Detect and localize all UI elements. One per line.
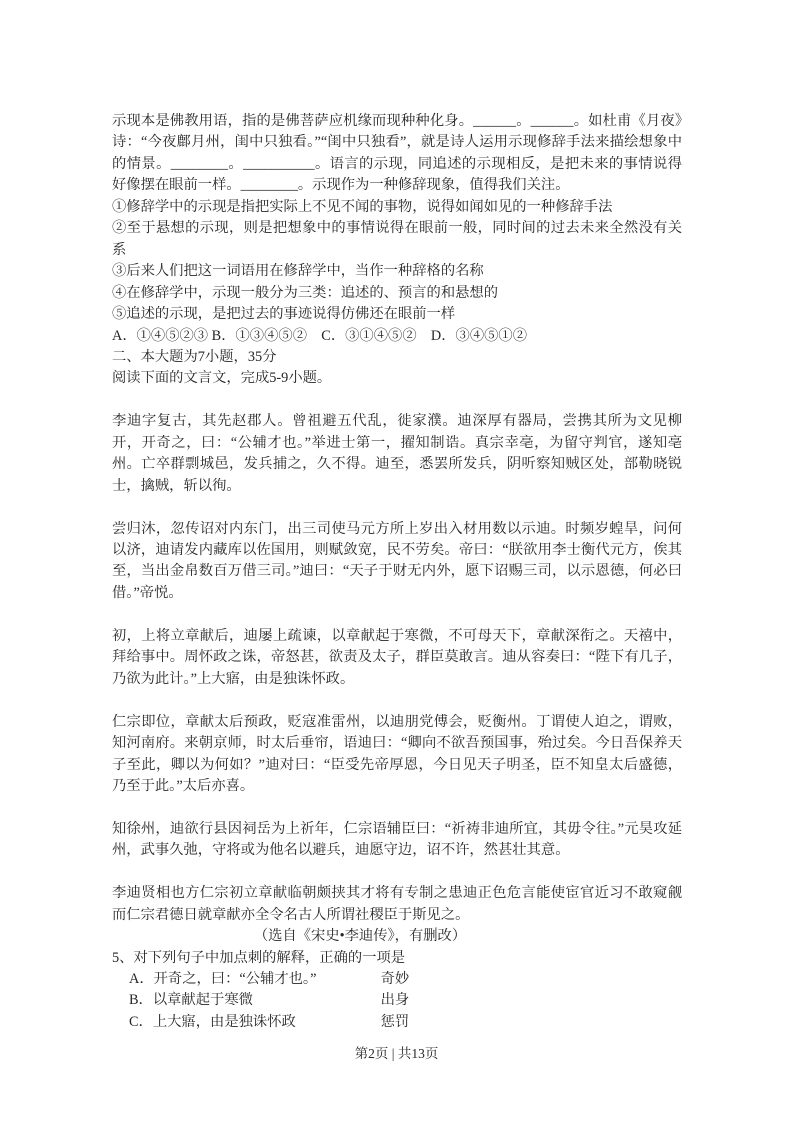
q4-item-4: ④在修辞学中，示现一般分为三类：追述的、预言的和悬想的 xyxy=(112,283,682,304)
q4-item-2: ②至于悬想的示现，则是把想象中的事情说得在眼前一般，同时间的过去未来全然没有关系 xyxy=(112,218,682,261)
q5-option-c-gloss: 惩罚 xyxy=(373,1012,410,1033)
q5-option-b: B．以章献起于寒微 出身 xyxy=(112,990,682,1011)
document-page: { "document": { "q4": { "intro": "示现本是佛教… xyxy=(0,0,793,1122)
q5-option-a-gloss: 奇妙 xyxy=(373,969,410,990)
q5-option-c: C．上大寤，由是独诛怀政 惩罚 xyxy=(112,1012,682,1033)
q5-option-b-text: B．以章献起于寒微 xyxy=(129,990,369,1011)
q4-answer-choices: A．①④⑤②③ B．①③④⑤② C．③①④⑤② D．③④⑤①② xyxy=(112,326,682,347)
q4-intro-paragraph: 示现本是佛教用语，指的是佛菩萨应机缘而现种种化身。______。______。如… xyxy=(112,111,682,197)
section2-heading: 二、本大题为7小题，35分 xyxy=(112,347,682,368)
q4-item-1: ①修辞学中的示现是指把实际上不见不闻的事物，说得如闻如见的一种修辞手法 xyxy=(112,197,682,218)
q4-item-3: ③后来人们把这一词语用在修辞学中，当作一种辞格的名称 xyxy=(112,261,682,282)
page-content: 示现本是佛教用语，指的是佛菩萨应机缘而现种种化身。______。______。如… xyxy=(112,111,682,1033)
section2-instruction: 阅读下面的文言文，完成5-9小题。 xyxy=(112,368,682,389)
q5-option-a-text: A．开奇之，曰：“公辅才也。” xyxy=(129,969,369,990)
passage-paragraph-4: 仁宗即位，章献太后预政，贬寇准雷州，以迪朋党傅会，贬衡州。丁谓使人迫之，谓败，知… xyxy=(112,712,682,798)
passage-paragraph-3: 初，上将立章献后，迪屡上疏谏，以章献起于寒微，不可母天下，章献深衔之。天禧中，拜… xyxy=(112,626,682,690)
passage-paragraph-2: 尝归沐，忽传诏对内东门，出三司使马元方所上岁出入材用数以示迪。时频岁蝗旱，问何以… xyxy=(112,519,682,605)
q5-option-b-gloss: 出身 xyxy=(373,990,410,1011)
passage-source-attribution: （选自《宋史•李迪传》，有删改） xyxy=(112,926,682,947)
passage-paragraph-1: 李迪字复古，其先赵郡人。曾祖避五代乱，徙家濮。迪深厚有器局，尝携其所为文见柳开，… xyxy=(112,411,682,497)
q4-item-5: ⑤追述的示现，是把过去的事迹说得仿佛还在眼前一样 xyxy=(112,304,682,325)
q5-option-c-text: C．上大寤，由是独诛怀政 xyxy=(129,1012,369,1033)
q5-option-a: A．开奇之，曰：“公辅才也。” 奇妙 xyxy=(112,969,682,990)
passage-paragraph-5: 知徐州，迪欲行县因祠岳为上祈年，仁宗语辅臣曰：“祈祷非迪所宜，其毋令往。”元昊攻… xyxy=(112,819,682,862)
page-number-footer: 第2页 | 共13页 xyxy=(0,1042,793,1062)
passage-paragraph-6: 李迪贤相也方仁宗初立章献临朝颇挟其才将有专制之患迪正色危言能使宦官近习不敢窥觎而… xyxy=(112,883,682,926)
q5-stem: 5、对下列句子中加点刺的解释，正确的一项是 xyxy=(112,948,682,969)
